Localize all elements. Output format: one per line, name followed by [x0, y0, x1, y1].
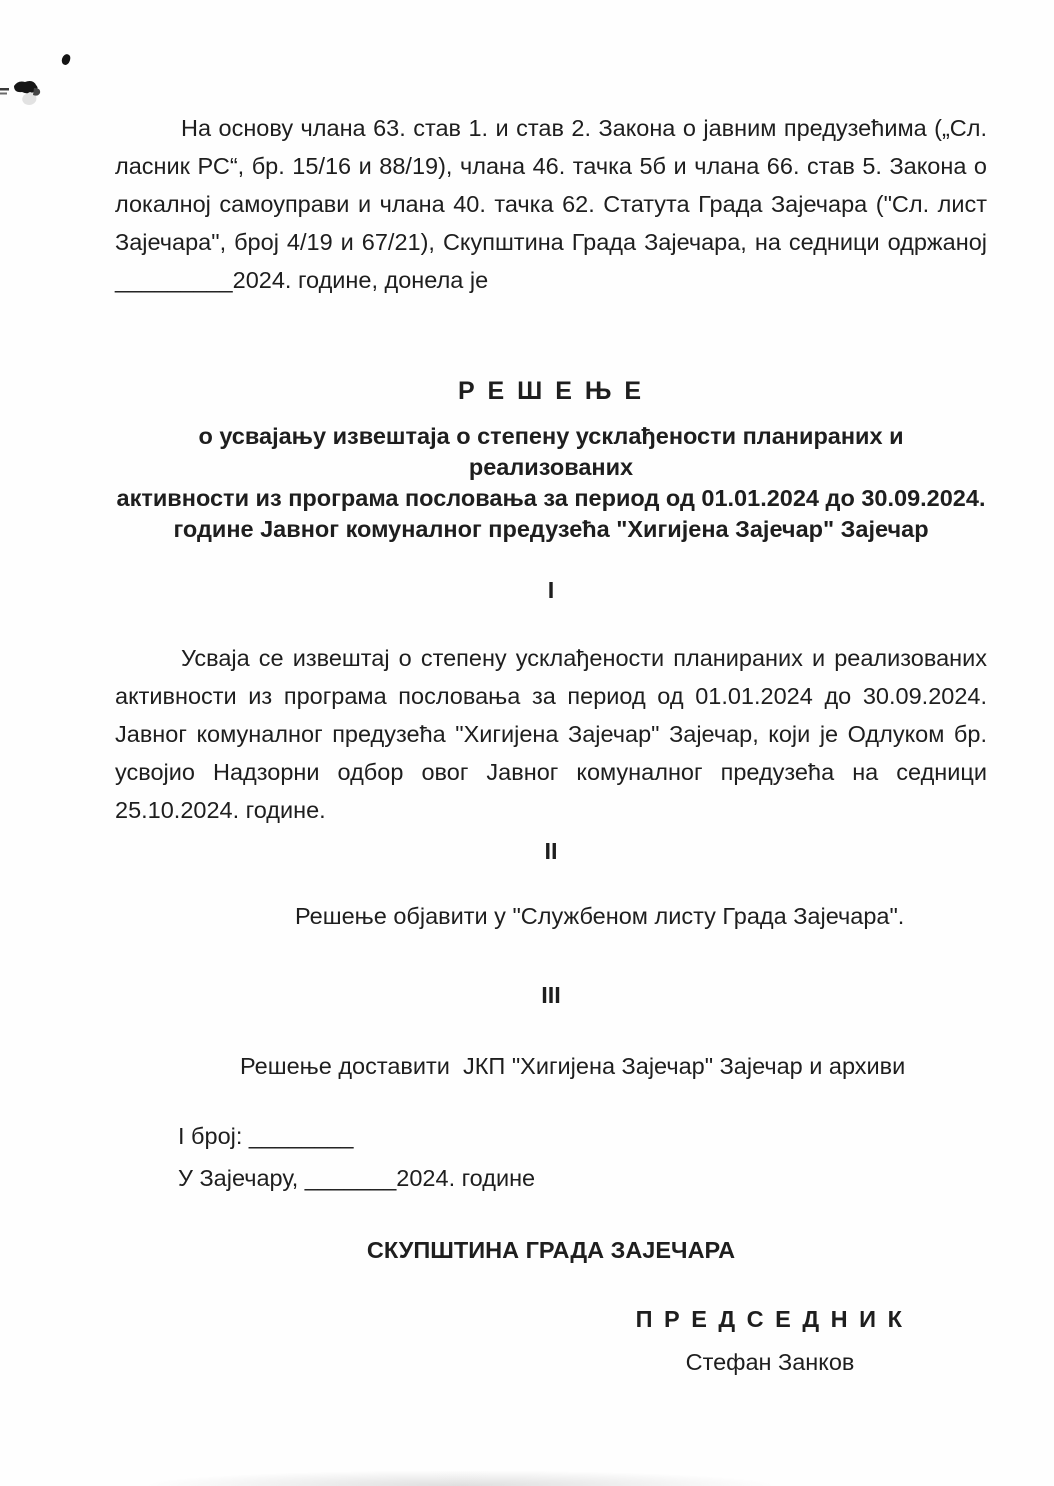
document-page: На основу члана 63. став 1. и став 2. За…: [0, 0, 1054, 1486]
intro-line: На основу члана 63. став 1. и став 2. За…: [115, 109, 987, 147]
subtitle-line: о усвајању извештаја о степену усклађено…: [115, 421, 987, 483]
subtitle-line: године Јавног комуналног предузећа "Хиги…: [115, 514, 987, 545]
section-1-paragraph: Усваја се извештај о степену усклађеност…: [115, 639, 987, 829]
intro-line-blank-date: _________2024. године, донела је: [115, 261, 987, 299]
signature-block: П Р Е Д С Е Д Н И К Стефан Занков: [560, 1300, 980, 1381]
section-1-line: активности из програма пословања за пери…: [115, 677, 987, 715]
assembly-name: СКУПШТИНА ГРАДА ЗАЈЕЧАРА: [115, 1231, 987, 1269]
section-1-line: Јавног комуналног предузећа "Хигијена За…: [115, 715, 987, 753]
president-title: П Р Е Д С Е Д Н И К: [560, 1300, 980, 1338]
intro-line: ласник РС“, бр. 15/16 и 88/19), члана 46…: [115, 147, 987, 185]
section-3-paragraph: Решење доставити ЈКП "Хигијена Зајечар" …: [115, 1047, 987, 1085]
president-name: Стефан Занков: [560, 1343, 980, 1381]
section-1-line: 25.10.2024. године.: [115, 791, 987, 829]
ink-smudge-artifact: [0, 76, 52, 116]
intro-line: локалној самоуправи и члана 40. тачка 62…: [115, 185, 987, 223]
section-2-numeral: II: [115, 832, 987, 870]
place-date-line: У Зајечару, _______2024. године: [115, 1159, 987, 1197]
section-1-line: Усваја се извештај о степену усклађеност…: [115, 639, 987, 677]
document-title: Р Е Ш Е Њ Е: [115, 372, 987, 410]
section-1-line: усвојио Надзорни одбор овог Јавног комун…: [115, 753, 987, 791]
subtitle-line: активности из програма пословања за пери…: [115, 483, 987, 514]
intro-line: Зајечара", број 4/19 и 67/21), Скупштина…: [115, 223, 987, 261]
intro-paragraph: На основу члана 63. став 1. и став 2. За…: [115, 109, 987, 299]
document-subtitle: о усвајању извештаја о степену усклађено…: [115, 421, 987, 545]
section-1-numeral: I: [115, 571, 987, 609]
case-number-line: I број: ________: [115, 1117, 987, 1155]
section-3-numeral: III: [115, 976, 987, 1014]
ink-dot-artifact: [60, 53, 71, 66]
scan-smudge-artifact: [140, 1470, 780, 1486]
section-2-paragraph: Решење објавити у "Службеном листу Града…: [115, 897, 987, 935]
